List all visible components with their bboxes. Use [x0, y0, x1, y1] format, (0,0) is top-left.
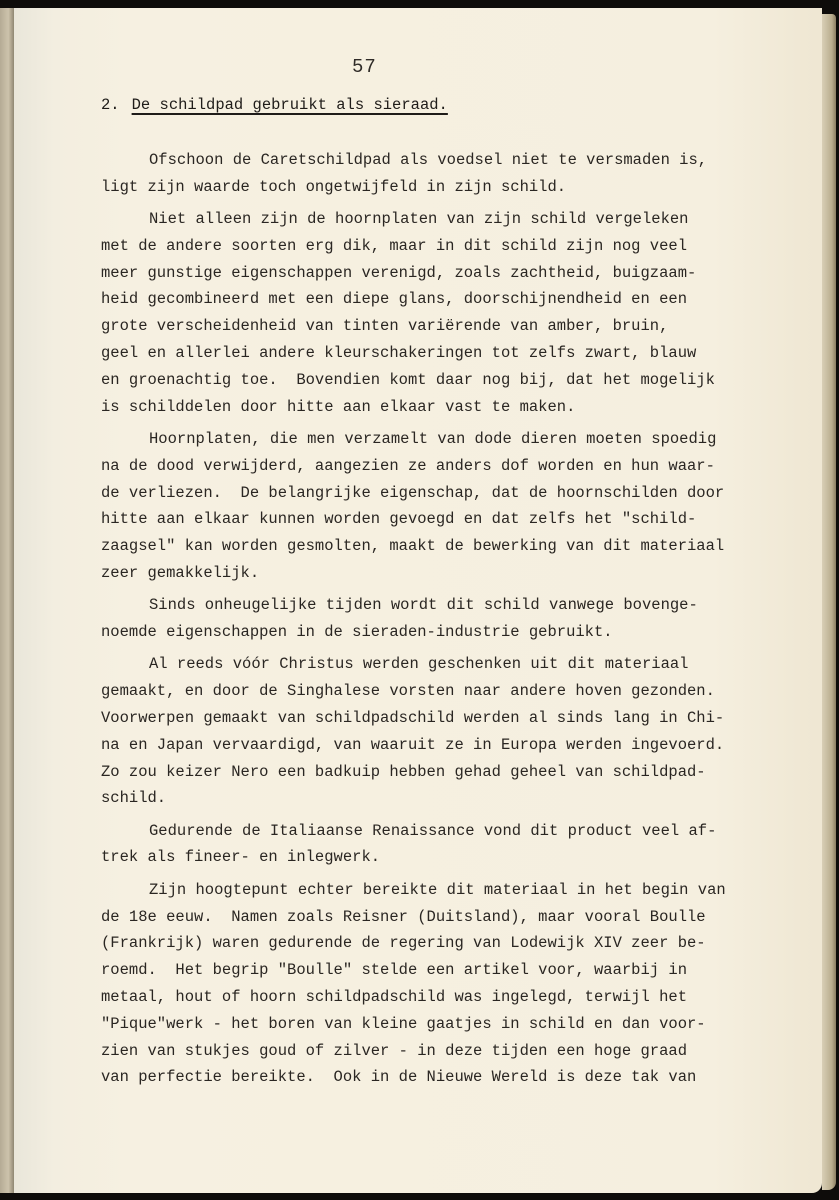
- text-line: de verliezen. De belangrijke eigenschap,…: [101, 480, 741, 507]
- text-line: zien van stukjes goud of zilver - in dez…: [101, 1038, 741, 1065]
- text-line: noemde eigenschappen in de sieraden-indu…: [101, 619, 741, 646]
- text-line: na en Japan vervaardigd, van waaruit ze …: [101, 732, 741, 759]
- text-line: van perfectie bereikte. Ook in de Nieuwe…: [101, 1064, 741, 1091]
- book-binding-edge: [0, 8, 14, 1193]
- paragraph: Gedurende de Italiaanse Renaissance vond…: [101, 818, 741, 872]
- page-stack-edge: [822, 14, 836, 1190]
- text-line: grote verscheidenheid van tinten variëre…: [101, 313, 741, 340]
- section-number: 2.: [101, 96, 120, 114]
- text-line: zaagsel" kan worden gesmolten, maakt de …: [101, 533, 741, 560]
- paragraph: Al reeds vóór Christus werden geschenken…: [101, 651, 741, 812]
- text-line: schild.: [101, 785, 741, 812]
- text-line: Zo zou keizer Nero een badkuip hebben ge…: [101, 759, 741, 786]
- paragraph: Hoornplaten, die men verzamelt van dode …: [101, 426, 741, 587]
- text-line: Gedurende de Italiaanse Renaissance vond…: [101, 818, 741, 845]
- text-line: hitte aan elkaar kunnen worden gevoegd e…: [101, 506, 741, 533]
- text-line: gemaakt, en door de Singhalese vorsten n…: [101, 678, 741, 705]
- text-line: roemd. Het begrip "Boulle" stelde een ar…: [101, 957, 741, 984]
- text-line: Voorwerpen gemaakt van schildpadschild w…: [101, 705, 741, 732]
- text-line: geel en allerlei andere kleurschakeringe…: [101, 340, 741, 367]
- text-line: en groenachtig toe. Bovendien komt daar …: [101, 367, 741, 394]
- section-heading: 2.De schildpad gebruikt als sieraad.: [101, 96, 448, 114]
- text-line: trek als fineer- en inlegwerk.: [101, 844, 741, 871]
- text-line: metaal, hout of hoorn schildpadschild wa…: [101, 984, 741, 1011]
- text-line: (Frankrijk) waren gedurende de regering …: [101, 930, 741, 957]
- paragraph: Niet alleen zijn de hoornplaten van zijn…: [101, 206, 741, 420]
- paragraph: Ofschoon de Caretschildpad als voedsel n…: [101, 147, 741, 201]
- text-line: na de dood verwijderd, aangezien ze ande…: [101, 453, 741, 480]
- text-line: zeer gemakkelijk.: [101, 560, 741, 587]
- text-line: is schilddelen door hitte aan elkaar vas…: [101, 394, 741, 421]
- paragraph: Zijn hoogtepunt echter bereikte dit mate…: [101, 877, 741, 1091]
- paragraph: Sinds onheugelijke tijden wordt dit schi…: [101, 592, 741, 646]
- text-line: Al reeds vóór Christus werden geschenken…: [101, 651, 741, 678]
- text-line: Ofschoon de Caretschildpad als voedsel n…: [101, 147, 741, 174]
- text-line: "Pique"werk - het boren van kleine gaatj…: [101, 1011, 741, 1038]
- text-line: de 18e eeuw. Namen zoals Reisner (Duitsl…: [101, 904, 741, 931]
- text-line: Hoornplaten, die men verzamelt van dode …: [101, 426, 741, 453]
- text-line: heid gecombineerd met een diepe glans, d…: [101, 286, 741, 313]
- section-title: De schildpad gebruikt als sieraad.: [132, 96, 448, 114]
- text-line: meer gunstige eigenschappen verenigd, zo…: [101, 260, 741, 287]
- text-line: met de andere soorten erg dik, maar in d…: [101, 233, 741, 260]
- text-line: Sinds onheugelijke tijden wordt dit schi…: [101, 592, 741, 619]
- text-line: ligt zijn waarde toch ongetwijfeld in zi…: [101, 174, 741, 201]
- page-number: 57: [352, 56, 377, 78]
- text-line: Zijn hoogtepunt echter bereikte dit mate…: [101, 877, 741, 904]
- text-line: Niet alleen zijn de hoornplaten van zijn…: [101, 206, 741, 233]
- body-text: Ofschoon de Caretschildpad als voedsel n…: [101, 147, 741, 1097]
